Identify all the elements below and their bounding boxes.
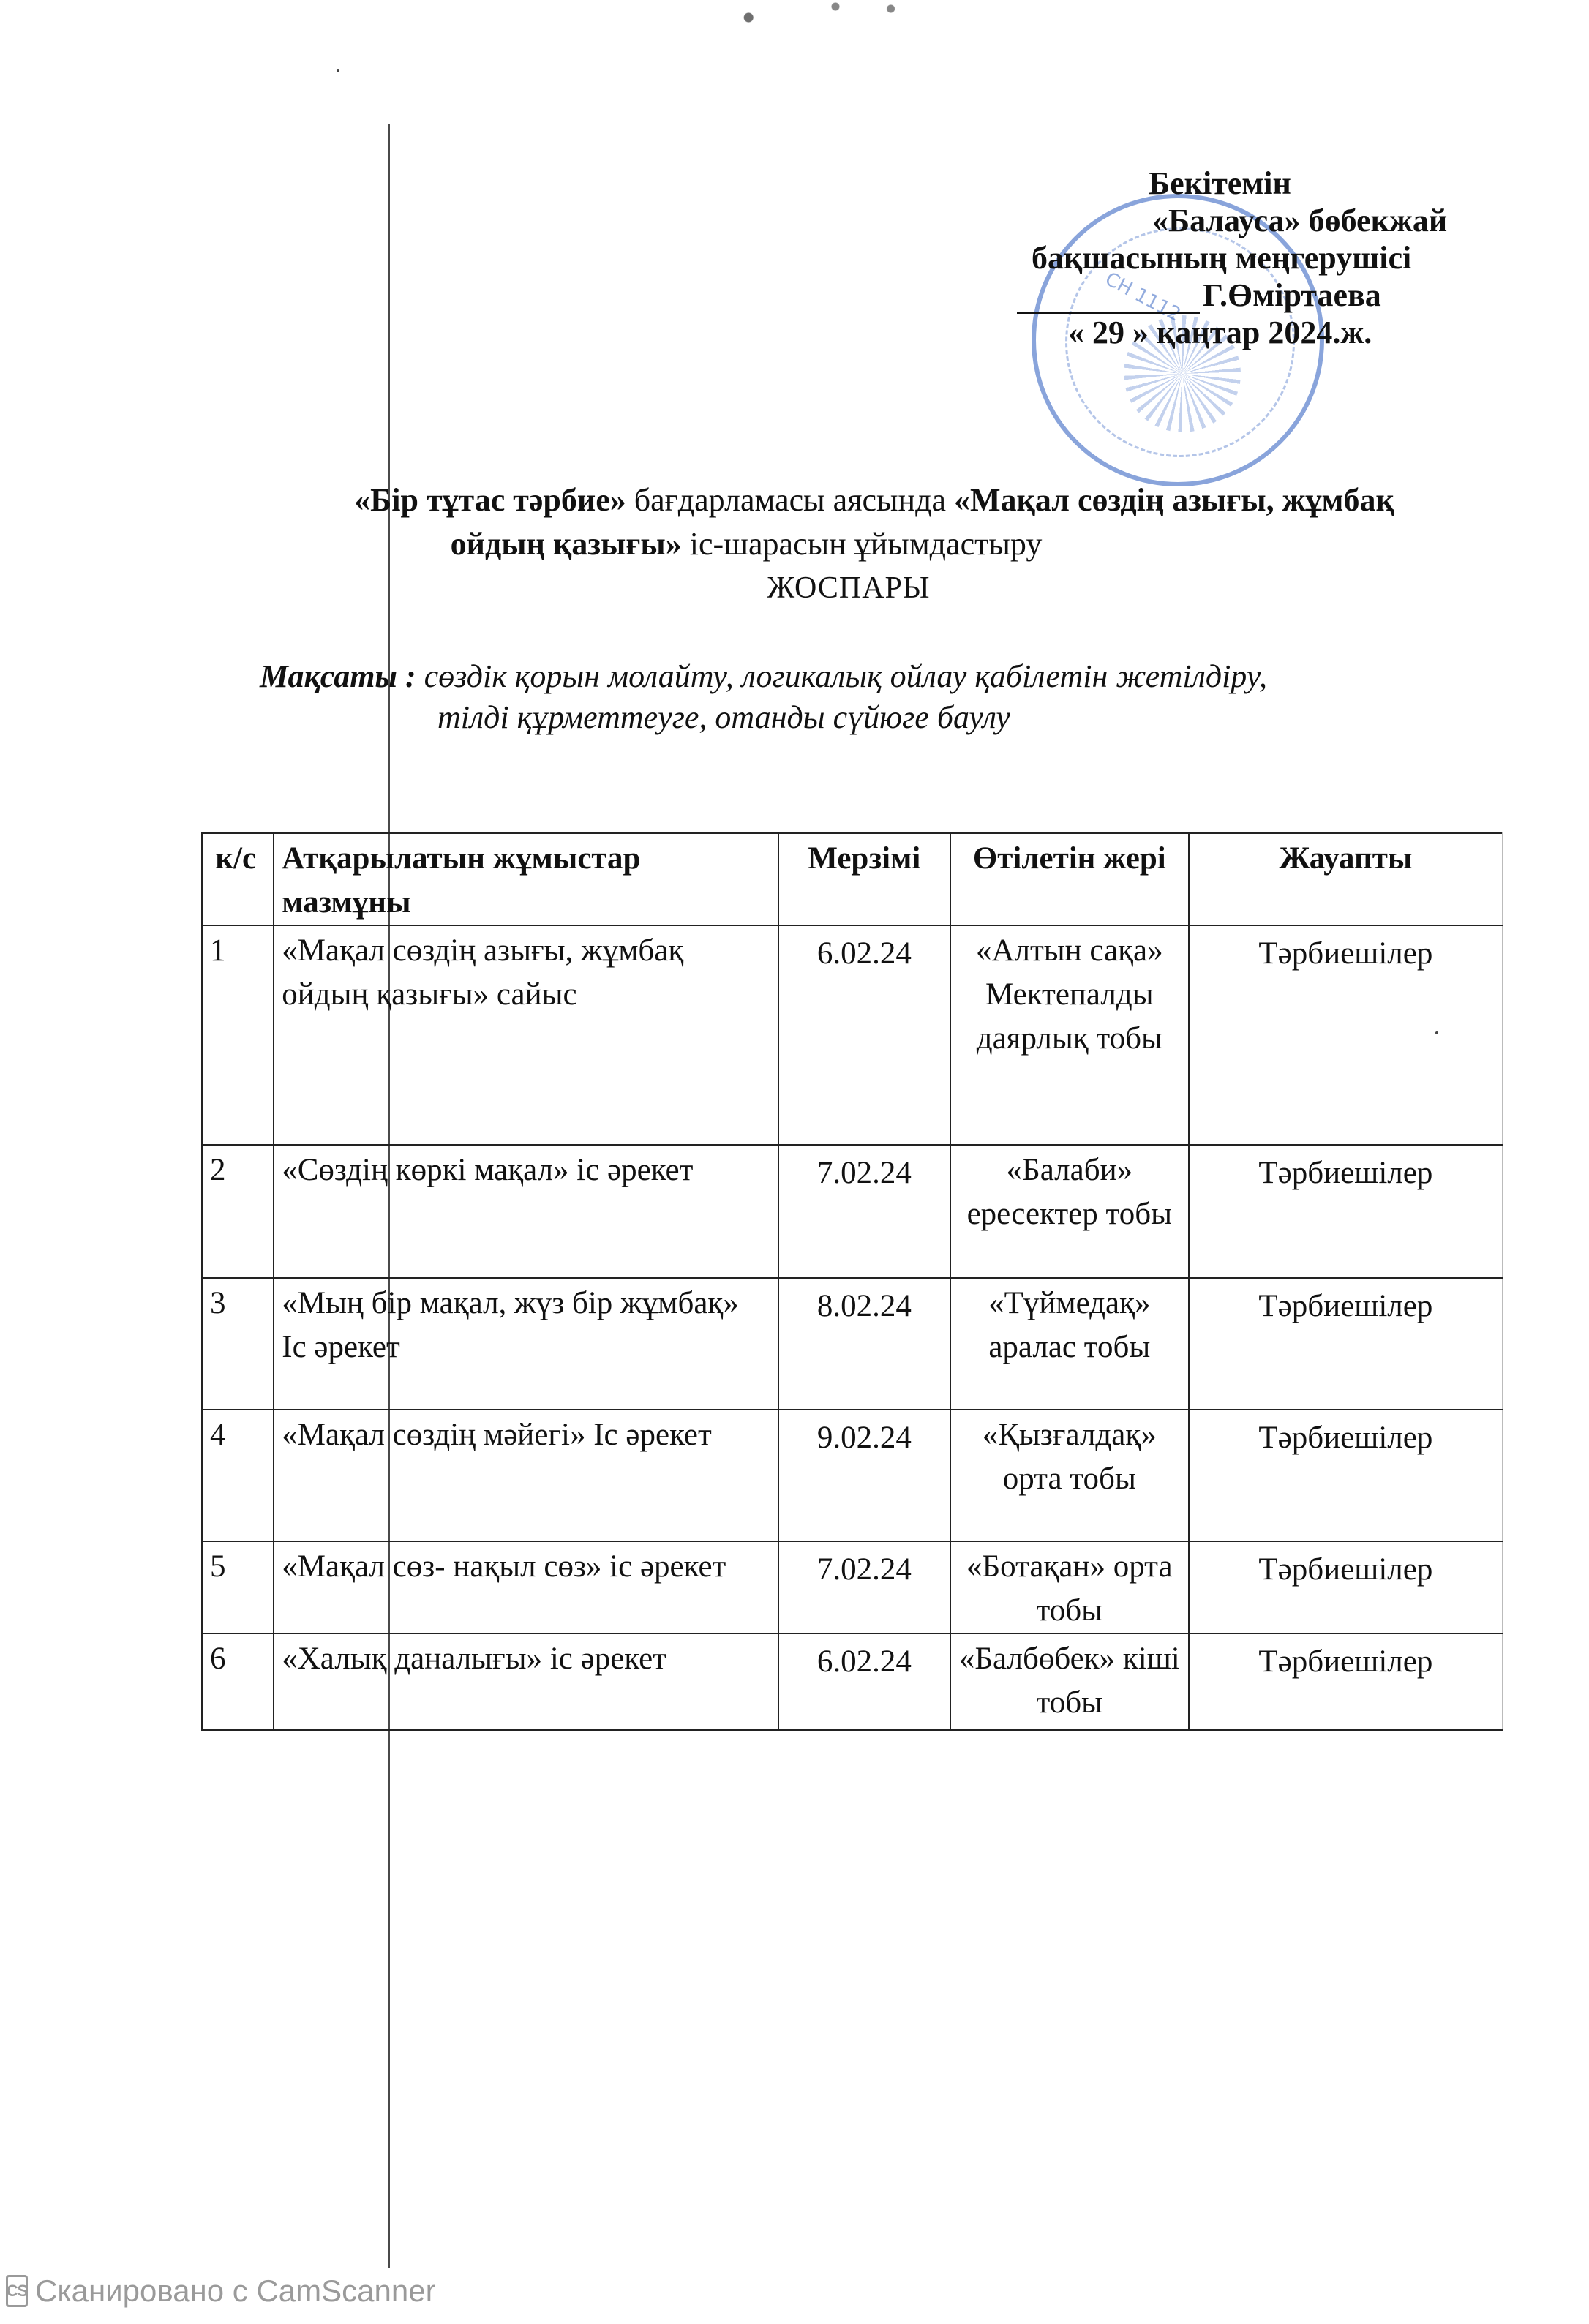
cell-date: 6.02.24: [778, 1633, 950, 1730]
header-responsible: Жауапты: [1189, 833, 1503, 925]
title-event-name: «Мақал сөздің азығы, жұмбақ: [954, 482, 1394, 518]
cell-date: 7.02.24: [778, 1145, 950, 1278]
title-context: бағдарламасы аясында: [626, 482, 954, 518]
table-row: 1 «Мақал сөздің азығы, жұмбақ ойдың қазы…: [202, 925, 1503, 1145]
cell-place: «Түймедақ» аралас тобы: [950, 1278, 1189, 1410]
approval-org: «Балауса» бөбекжай: [1017, 202, 1544, 239]
cell-work: «Халық даналығы» іс әрекет: [274, 1633, 778, 1730]
goal-text: сөздік қорын молайту, логикалық ойлау қа…: [416, 658, 1267, 694]
table-row: 5 «Мақал сөз- нақыл сөз» іс әрекет 7.02.…: [202, 1541, 1503, 1633]
table-row: 6 «Халық даналығы» іс әрекет 6.02.24 «Ба…: [202, 1633, 1503, 1730]
cell-work: «Мақал сөздің азығы, жұмбақ ойдың қазығы…: [274, 925, 778, 1145]
cell-place: «Қызғалдақ» орта тобы: [950, 1410, 1189, 1541]
table-row: 4 «Мақал сөздің мәйегі» Іс әрекет 9.02.2…: [202, 1410, 1503, 1541]
cell-place: «Балбөбек» кіші тобы: [950, 1633, 1189, 1730]
cell-work: «Мың бір мақал, жүз бір жұмбақ» Іс әреке…: [274, 1278, 778, 1410]
cell-work: «Сөздің көркі мақал» іс әрекет: [274, 1145, 778, 1278]
table-row: 2 «Сөздің көркі мақал» іс әрекет 7.02.24…: [202, 1145, 1503, 1278]
cell-responsible: Тәрбиешілер: [1189, 1633, 1503, 1730]
title-program: «Бір тұтас тәрбие»: [354, 482, 626, 518]
cell-date: 9.02.24: [778, 1410, 950, 1541]
header-num: к/с: [202, 833, 274, 925]
goal-label: Мақсаты :: [260, 658, 416, 694]
scan-artifact-dots: [717, 0, 980, 44]
document-title-line2: ойдың қазығы» іс-шарасын ұйымдастыру: [219, 525, 1273, 563]
cell-date: 6.02.24: [778, 925, 950, 1145]
cell-responsible: Тәрбиешілер: [1189, 925, 1503, 1145]
scan-speck: [337, 69, 339, 72]
table-row: 3 «Мың бір мақал, жүз бір жұмбақ» Іс әре…: [202, 1278, 1503, 1410]
approval-position: бақшасының меңгерушісі: [1017, 239, 1544, 277]
cell-place: «Балаби» ересектер тобы: [950, 1145, 1189, 1278]
camscanner-watermark: CS Сканировано с CamScanner: [6, 2274, 436, 2309]
cell-date: 7.02.24: [778, 1541, 950, 1633]
cell-num: 2: [202, 1145, 274, 1278]
watermark-text: Сканировано с CamScanner: [35, 2274, 436, 2309]
approval-heading: Бекітемін: [1017, 165, 1544, 202]
cell-responsible: Тәрбиешілер: [1189, 1541, 1503, 1633]
cell-responsible: Тәрбиешілер: [1189, 1145, 1503, 1278]
document-plan-heading: ЖОСПАРЫ: [219, 571, 1478, 606]
signature-line: [1017, 284, 1200, 314]
cell-num: 6: [202, 1633, 274, 1730]
cell-num: 5: [202, 1541, 274, 1633]
cell-responsible: Тәрбиешілер: [1189, 1410, 1503, 1541]
cell-num: 4: [202, 1410, 274, 1541]
header-date: Мерзімі: [778, 833, 950, 925]
cell-num: 3: [202, 1278, 274, 1410]
cell-date: 8.02.24: [778, 1278, 950, 1410]
title-organize: іс-шарасын ұйымдастыру: [682, 526, 1043, 562]
plan-table: к/с Атқарылатын жұмыстар мазмұны Мерзімі…: [201, 832, 1503, 1731]
cell-num: 1: [202, 925, 274, 1145]
cell-responsible: Тәрбиешілер: [1189, 1278, 1503, 1410]
table-header-row: к/с Атқарылатын жұмыстар мазмұны Мерзімі…: [202, 833, 1503, 925]
document-title: «Бір тұтас тәрбие» бағдарламасы аясында …: [219, 479, 1529, 522]
goal-line2: тілді құрметтеуге, отанды сүйюге баулу: [437, 699, 1010, 736]
cell-work: «Мақал сөз- нақыл сөз» іс әрекет: [274, 1541, 778, 1633]
header-place: Өтілетін жері: [950, 833, 1189, 925]
approval-block: Бекітемін «Балауса» бөбекжай бақшасының …: [1017, 165, 1544, 351]
header-work: Атқарылатын жұмыстар мазмұны: [274, 833, 778, 925]
cell-place: «Ботақан» орта тобы: [950, 1541, 1189, 1633]
approval-date: « 29 » қаңтар 2024.ж.: [1017, 314, 1544, 351]
goal-line1: Мақсаты : сөздік қорын молайту, логикалы…: [260, 655, 1267, 699]
camscanner-logo-icon: CS: [6, 2275, 28, 2307]
title-event-name-cont: ойдың қазығы»: [451, 526, 682, 562]
approval-signatory: Г.Өміртаева: [1203, 277, 1381, 313]
cell-place: «Алтын сақа» Мектепалды даярлық тобы: [950, 925, 1189, 1145]
cell-work: «Мақал сөздің мәйегі» Іс әрекет: [274, 1410, 778, 1541]
approval-signature-row: Г.Өміртаева: [1017, 277, 1544, 314]
